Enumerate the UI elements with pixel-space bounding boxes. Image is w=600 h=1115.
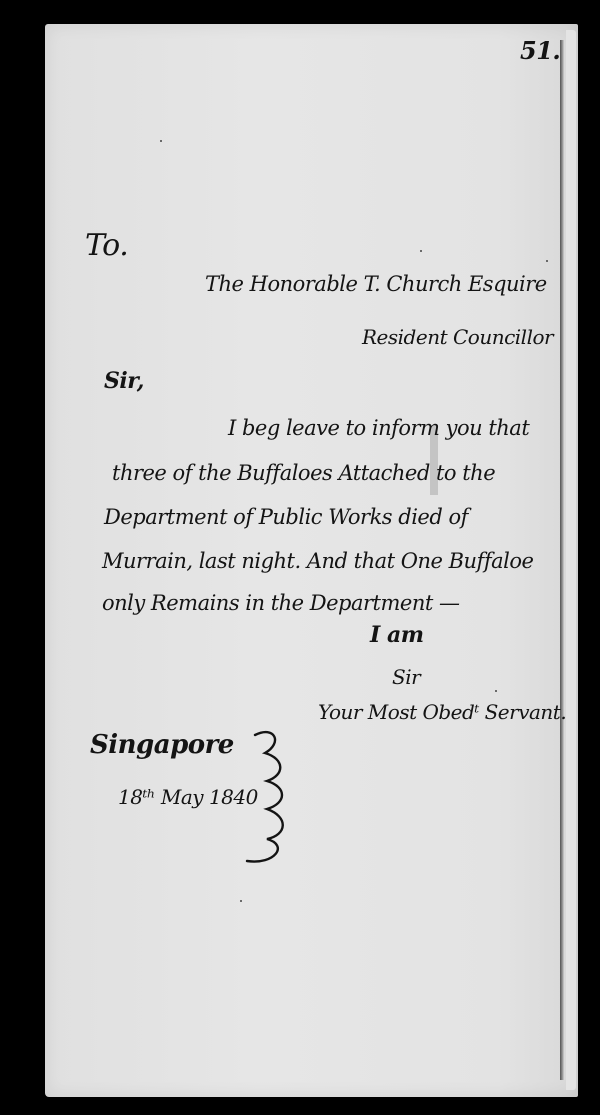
- closing-sir: Sir: [392, 665, 420, 689]
- body-line: three of the Buffaloes Attached to the: [112, 461, 495, 485]
- salutation: Sir,: [104, 368, 144, 394]
- body-line: Murrain, last night. And that One Buffal…: [102, 549, 533, 573]
- closing-i-am: I am: [370, 622, 423, 648]
- closing-servant: Your Most Obedᵗ Servant.: [318, 700, 566, 724]
- body-line: I beg leave to inform you that: [228, 416, 529, 440]
- page-fold-line: [560, 40, 564, 1080]
- letter-date: 18ᵗʰ May 1840: [118, 785, 258, 809]
- page-edge-outer: [566, 30, 576, 1090]
- body-line: only Remains in the Department —: [102, 591, 459, 615]
- addressee-title: Resident Councillor: [362, 325, 553, 349]
- flourish-brace-icon: [245, 725, 295, 865]
- addressee-name: The Honorable T. Church Esquire: [205, 272, 547, 296]
- scan-background: 51. To. The Honorable T. Church Esquire …: [0, 0, 600, 1115]
- paper-speck: [495, 690, 497, 692]
- paper-speck: [240, 900, 242, 902]
- paper-speck: [420, 250, 422, 252]
- to-label: To.: [85, 228, 128, 263]
- folio-number: 51.: [520, 36, 560, 65]
- body-line: Department of Public Works died of: [104, 505, 468, 529]
- paper-speck: [160, 140, 162, 142]
- place-name: Singapore: [90, 730, 234, 760]
- paper-speck: [546, 260, 548, 262]
